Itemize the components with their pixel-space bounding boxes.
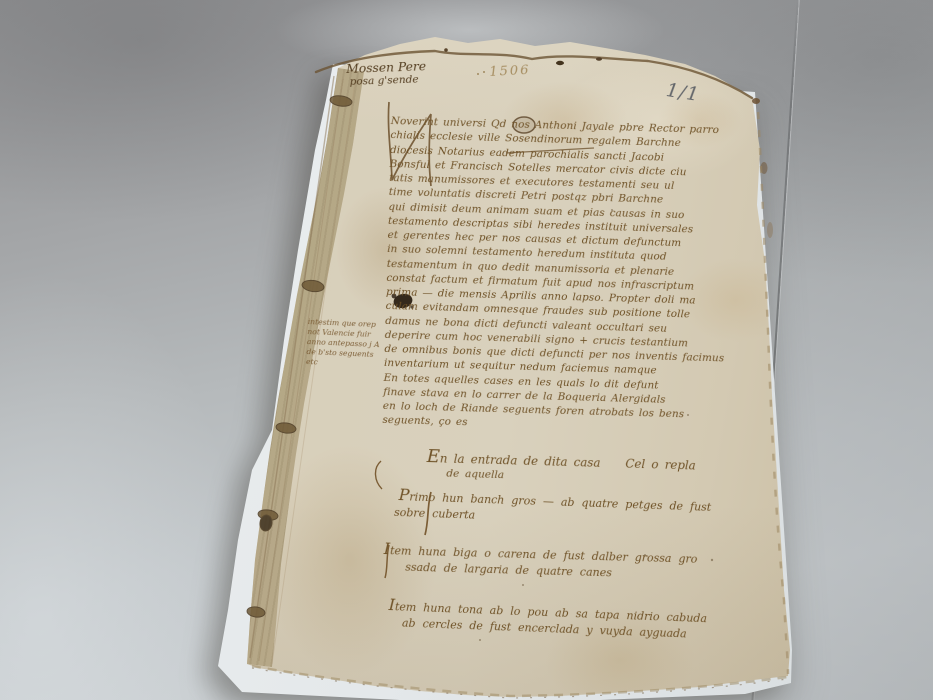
archival-note: Mossen Pereposa g'sende xyxy=(346,60,427,89)
margin-note: intestim que orepnot Valencie fuiranno a… xyxy=(306,317,381,370)
year-inscription: 1506 xyxy=(489,63,531,80)
main-paragraph: Noverint universi Qd nos Anthoni Jayale … xyxy=(382,114,731,437)
manuscript-line: posa g'sende xyxy=(349,73,426,89)
manuscript-photo: Mossen Pereposa g'sende 1506 1/1 Noverin… xyxy=(0,0,933,700)
